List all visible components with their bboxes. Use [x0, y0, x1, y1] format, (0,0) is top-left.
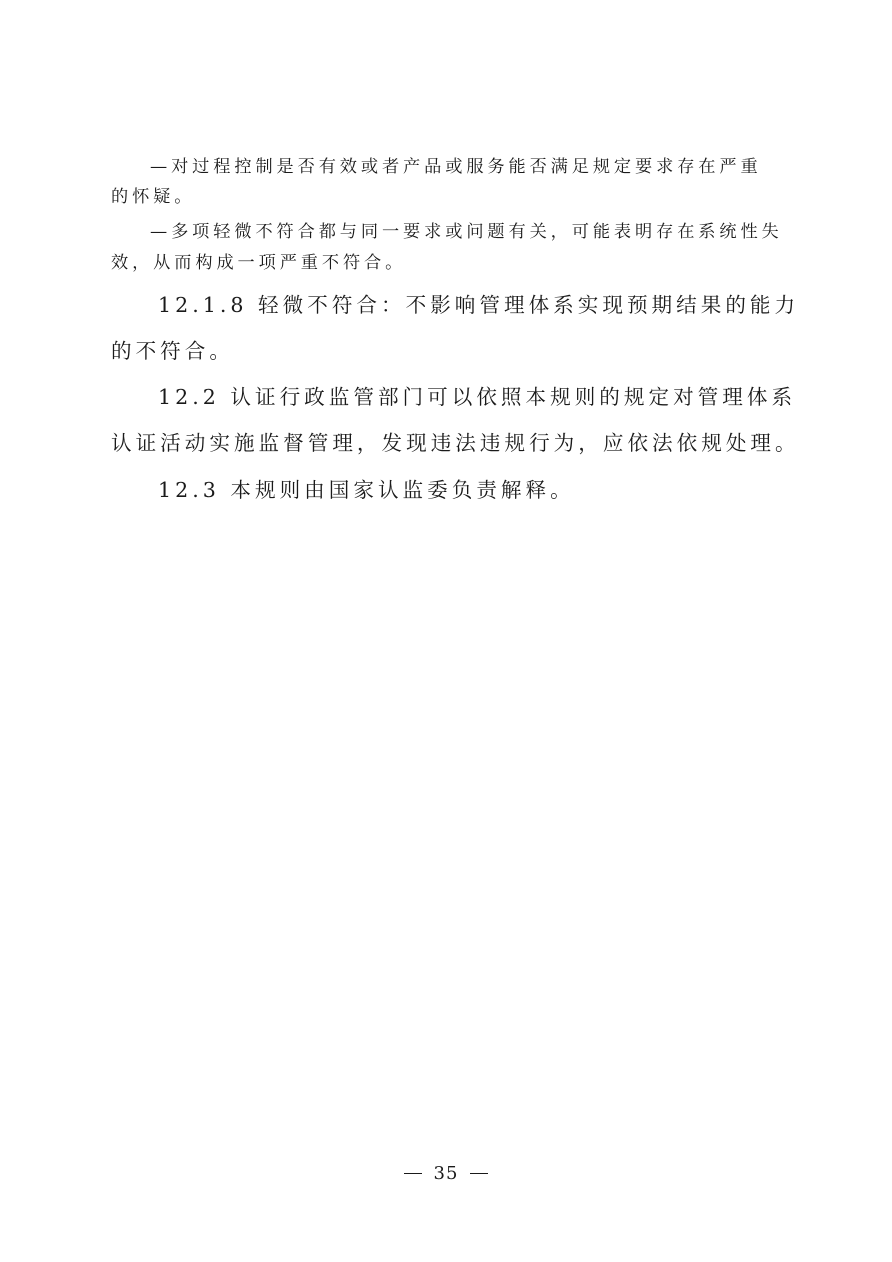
bullet-serious-doubt-line-2: 的怀疑。	[111, 189, 195, 206]
bullet-serious-doubt-line-1: —对过程控制是否有效或者产品或服务能否满足规定要求存在严重	[150, 159, 762, 176]
document-page: —对过程控制是否有效或者产品或服务能否满足规定要求存在严重 的怀疑。 —多项轻微…	[0, 0, 892, 1262]
bullet-multiple-minor-line-1: —多项轻微不符合都与同一要求或问题有关，可能表明存在系统性失	[150, 224, 783, 241]
page-number: 35	[434, 1163, 459, 1184]
clause-12-3-line-1: 12.3 本规则由国家认监委负责解释。	[158, 480, 575, 501]
clause-12-2-line-1: 12.2 认证行政监管部门可以依照本规则的规定对管理体系	[158, 387, 796, 408]
left-dash-decoration	[404, 1173, 422, 1174]
clause-12-2-line-2: 认证活动实施监督管理，发现违法违规行为，应依法依规处理。	[111, 433, 800, 454]
clause-12-1-8-line-1: 12.1.8 轻微不符合：不影响管理体系实现预期结果的能力	[158, 295, 799, 316]
bullet-multiple-minor-line-2: 效，从而构成一项严重不符合。	[111, 255, 406, 272]
clause-12-1-8-line-2: 的不符合。	[111, 341, 234, 362]
page-number-footer: 35	[0, 1165, 892, 1183]
right-dash-decoration	[470, 1173, 488, 1174]
